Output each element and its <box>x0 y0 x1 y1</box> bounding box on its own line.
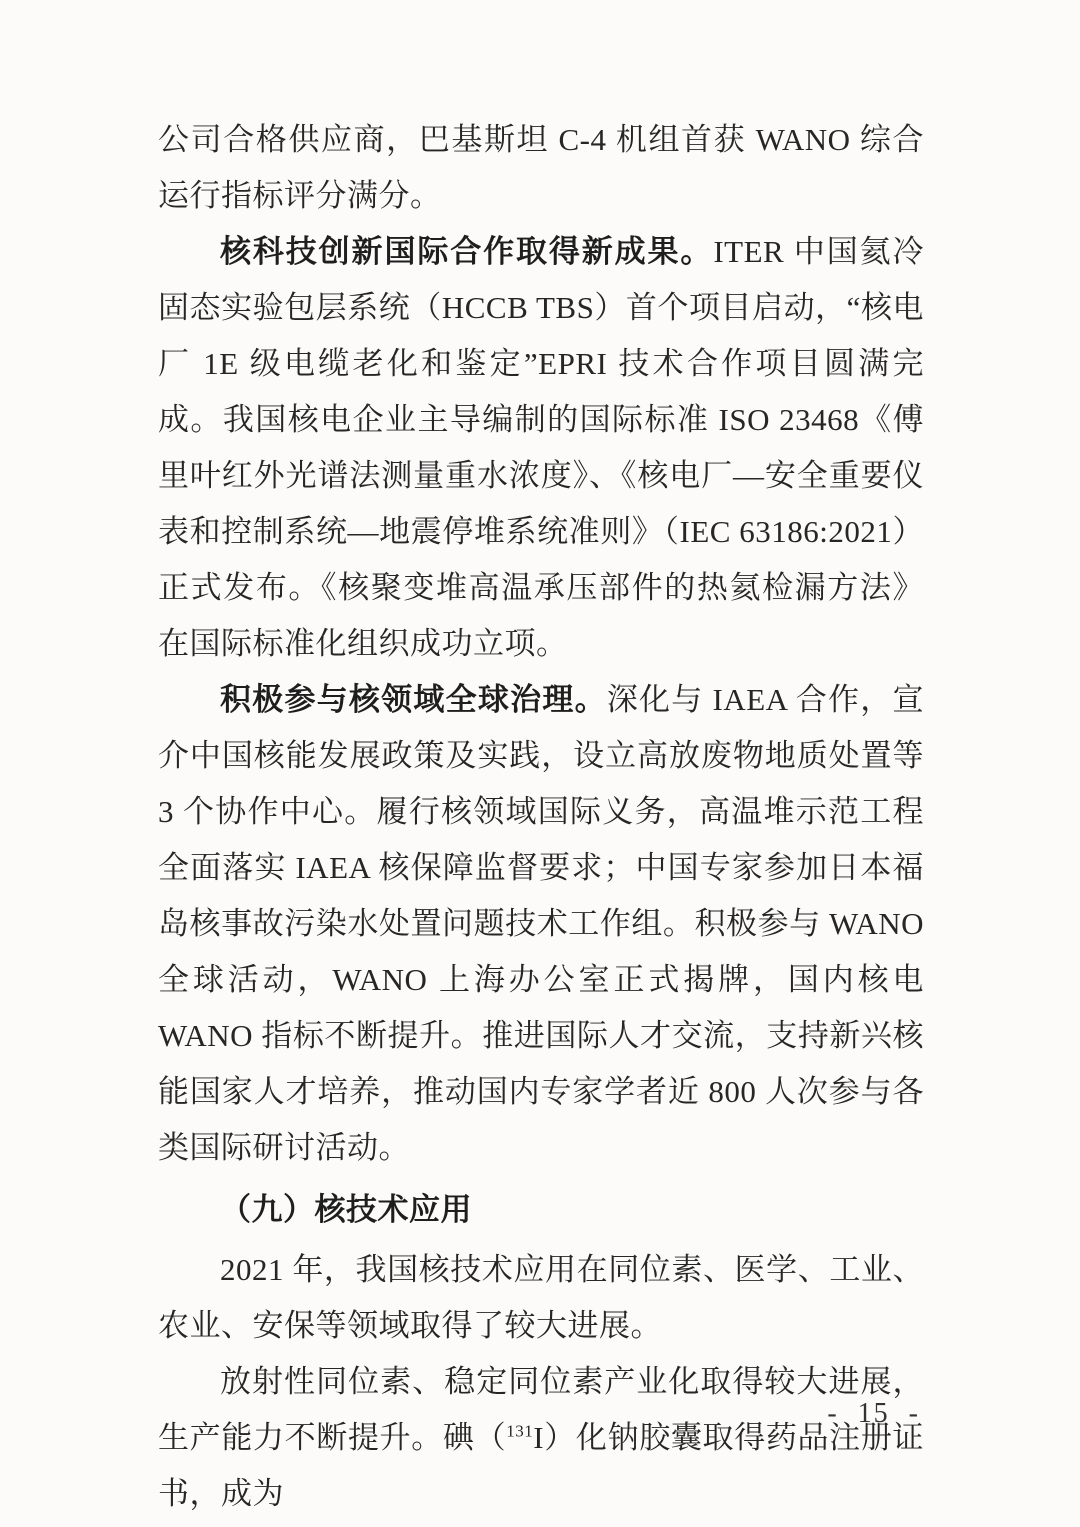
text-segment: 深化与 IAEA 合作，宣介中国核能发展政策及实践，设立高放废物地质处置等 3 … <box>158 682 924 1165</box>
bold-lead-text: 积极参与核领域全球治理。 <box>220 682 607 717</box>
paragraph: 核科技创新国际合作取得新成果。ITER 中国氦冷固态实验包层系统（HCCB TB… <box>158 224 924 672</box>
page-number: - 15 - <box>827 1394 920 1434</box>
paragraph: 公司合格供应商，巴基斯坦 C-4 机组首获 WANO 综合运行指标评分满分。 <box>158 112 924 224</box>
text-segment: ITER 中国氦冷固态实验包层系统（HCCB TBS）首个项目启动，“核电厂 1… <box>158 234 924 661</box>
text-segment: 2021 年，我国核技术应用在同位素、医学、工业、农业、安保等领域取得了较大进展… <box>158 1252 924 1343</box>
paragraph: 放射性同位素、稳定同位素产业化取得较大进展，生产能力不断提升。碘（131I）化钠… <box>158 1354 924 1522</box>
section-heading: （九）核技术应用 <box>158 1182 924 1238</box>
text-block: 公司合格供应商，巴基斯坦 C-4 机组首获 WANO 综合运行指标评分满分。核科… <box>158 112 924 1522</box>
document-page: 公司合格供应商，巴基斯坦 C-4 机组首获 WANO 综合运行指标评分满分。核科… <box>0 0 1080 1527</box>
text-segment: 公司合格供应商，巴基斯坦 C-4 机组首获 WANO 综合运行指标评分满分。 <box>158 122 924 213</box>
isotope-superscript: 131 <box>506 1422 533 1441</box>
bold-lead-text: 核科技创新国际合作取得新成果。 <box>220 234 713 269</box>
paragraph: 2021 年，我国核技术应用在同位素、医学、工业、农业、安保等领域取得了较大进展… <box>158 1242 924 1354</box>
bold-lead-text: （九）核技术应用 <box>220 1192 472 1227</box>
paragraph: 积极参与核领域全球治理。深化与 IAEA 合作，宣介中国核能发展政策及实践，设立… <box>158 672 924 1176</box>
